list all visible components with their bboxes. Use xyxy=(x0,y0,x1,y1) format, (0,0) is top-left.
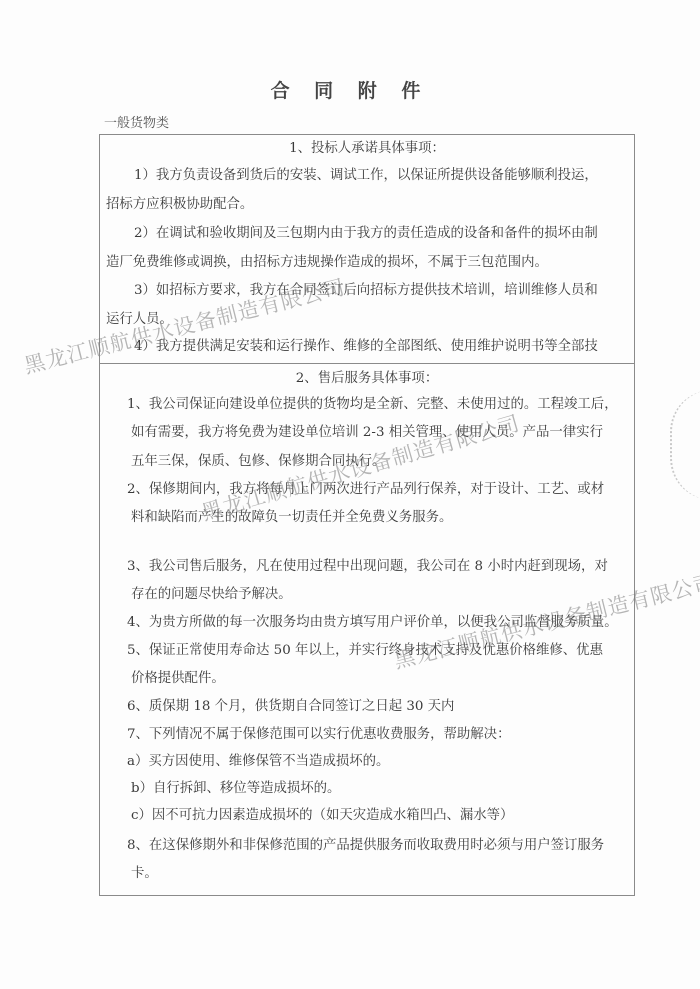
category-label: 一般货物类 xyxy=(104,112,169,131)
section2-line: 2、保修期间内，我方将每月上门两次进行产品列行保养，对于设计、工艺、或材 xyxy=(127,482,604,498)
section-divider xyxy=(99,363,635,364)
section1-line: 招标方应积极协助配合。 xyxy=(106,197,253,213)
section2-line: 五年三保，保质、包修、保修期合同执行。 xyxy=(131,454,385,470)
section1-line: 造厂免费维修或调换，由招标方违规操作造成的损坏，不属于三包范围内。 xyxy=(106,255,548,271)
section1-line: 4）我方提供满足安装和运行操作、维修的全部图纸、使用维护说明书等全部技 xyxy=(134,339,598,355)
section1-line: 3）如招标方要求，我方在合同签订后向招标方提供技术培训，培训维修人员和 xyxy=(134,283,598,299)
section2-line: 4、为贵方所做的每一次服务均由贵方填写用户评价单，以便我公司监督服务质量。 xyxy=(127,615,618,631)
section2-line: 存在的问题尽快给予解决。 xyxy=(131,587,292,603)
section2-line: 价格提供配件。 xyxy=(131,671,225,687)
section2-line: 1、我公司保证向建设单位提供的货物均是全新、完整、未使用过的。工程竣工后， xyxy=(127,397,618,413)
section2-heading: 2、售后服务具体事项： xyxy=(99,371,635,387)
partial-seal-mark xyxy=(670,390,700,500)
document-title: 合 同 附 件 xyxy=(0,76,700,103)
section2-line: a）买方因使用、维修保管不当造成损坏的。 xyxy=(127,754,389,770)
section2-line: 6、质保期 18 个月，供货期自合同签订之日起 30 天内 xyxy=(127,699,454,715)
section2-line: 7、下列情况不属于保修范围可以实行优惠收费服务，帮助解决： xyxy=(127,727,510,743)
section2-line: 料和缺陷而产生的故障负一切责任并全免费义务服务。 xyxy=(131,510,452,526)
section1-line: 1）我方负责设备到货后的安装、调试工作，以保证所提供设备能够顺利投运， xyxy=(134,168,598,184)
section2-line: 3、我公司售后服务，凡在使用过程中出现问题，我公司在 8 小时内赶到现场，对 xyxy=(127,559,608,575)
section2-line: 如有需要，我方将免费为建设单位培训 2-3 相关管理、使用人员。产品一律实行 xyxy=(131,425,603,441)
section1-line: 运行人员。 xyxy=(106,312,173,328)
section2-line: b）自行拆卸、移位等造成损坏的。 xyxy=(131,781,340,797)
section2-line: c）因不可抗力因素造成损坏的（如天灾造成水箱凹凸、漏水等） xyxy=(131,808,513,824)
section2-line: 8、在这保修期外和非保修范围的产品提供服务而收取费用时必须与用户签订服务 xyxy=(127,838,604,854)
section1-heading: 1、投标人承诺具体事项： xyxy=(99,141,635,157)
section1-line: 2）在调试和验收期间及三包期内由于我方的责任造成的设备和备件的损坏由制 xyxy=(134,226,598,242)
section2-line: 卡。 xyxy=(131,866,158,882)
section2-line: 5、保证正常使用寿命达 50 年以上，并实行终身技术支持及优惠价格维修、优惠 xyxy=(127,643,603,659)
